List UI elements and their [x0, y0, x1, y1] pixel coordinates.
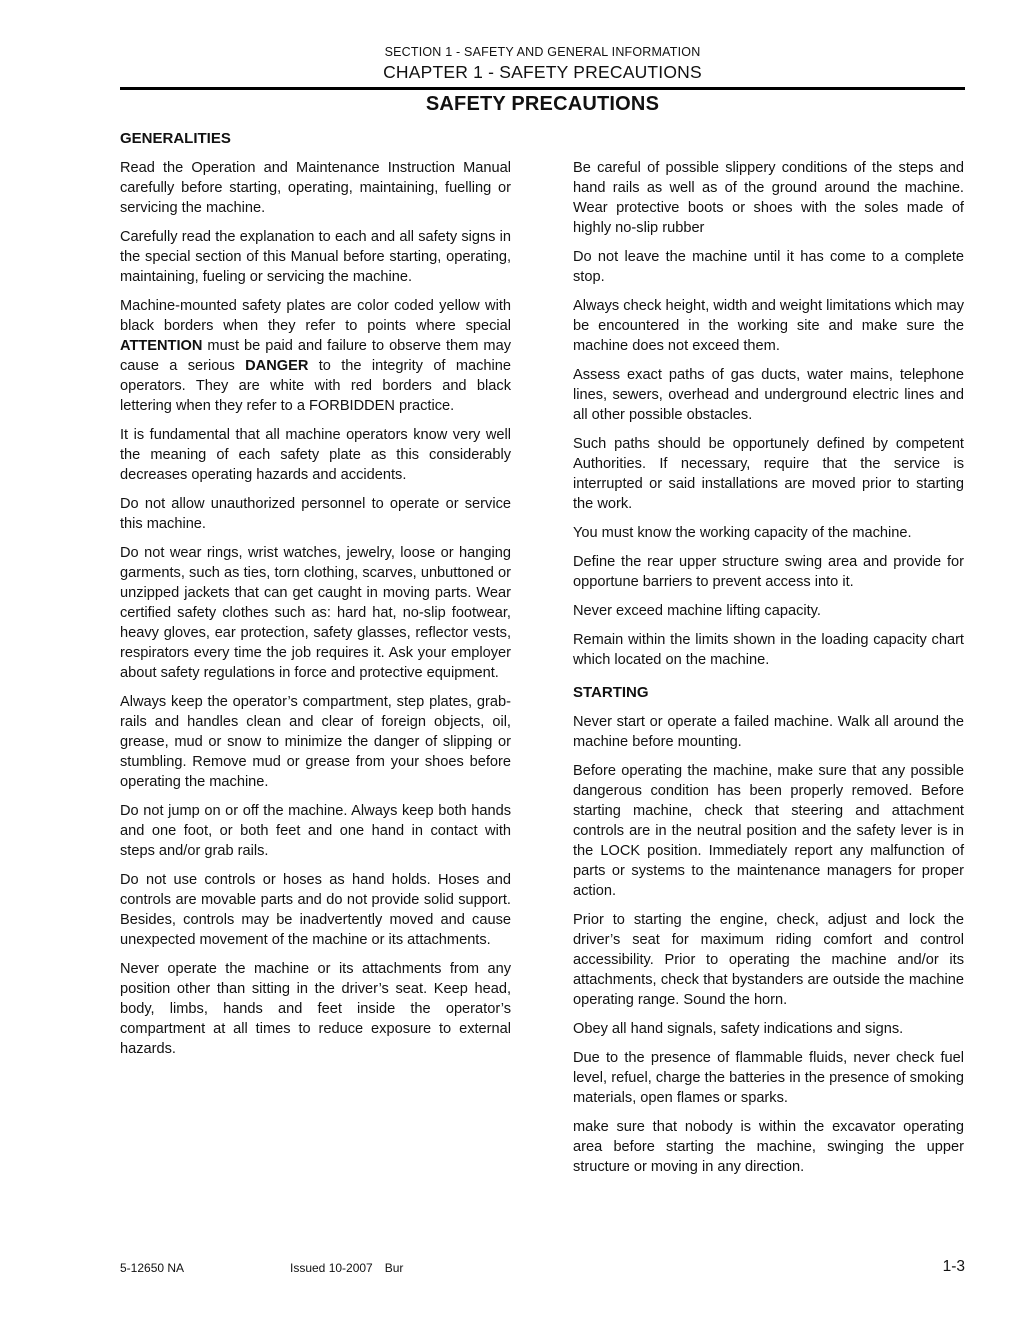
paragraph: Machine-mounted safety plates are color …: [120, 296, 511, 416]
text-run: Machine-mounted safety plates are color …: [120, 298, 511, 334]
issued-date: Issued 10-2007: [290, 1261, 373, 1275]
text-run: Prior to starting the engine, check, adj…: [573, 912, 964, 1008]
text-run: Always check height, width and weight li…: [573, 298, 964, 354]
content-area: SECTION 1 - SAFETY AND GENERAL INFORMATI…: [120, 0, 965, 1186]
text-run: Read the Operation and Maintenance Instr…: [120, 160, 511, 216]
paragraph: Do not use controls or hoses as hand hol…: [120, 870, 511, 950]
page-title: SAFETY PRECAUTIONS: [120, 92, 965, 116]
section-heading: GENERALITIES: [120, 130, 511, 148]
right-column: Be careful of possible slippery conditio…: [573, 130, 964, 1186]
paragraph: Never operate the machine or its attachm…: [120, 959, 511, 1059]
text-run: Never start or operate a failed machine.…: [573, 714, 964, 750]
text-run: Due to the presence of flammable fluids,…: [573, 1050, 964, 1106]
text-run: Carefully read the explanation to each a…: [120, 229, 511, 285]
text-run: Do not leave the machine until it has co…: [573, 249, 964, 285]
section-heading: STARTING: [573, 684, 964, 702]
text-run: Define the rear upper structure swing ar…: [573, 554, 964, 590]
doc-number: 5-12650 NA: [120, 1261, 184, 1275]
paragraph: Remain within the limits shown in the lo…: [573, 630, 964, 670]
section-header: SECTION 1 - SAFETY AND GENERAL INFORMATI…: [120, 45, 965, 60]
paragraph: Do not jump on or off the machine. Alway…: [120, 801, 511, 861]
paragraph: You must know the working capacity of th…: [573, 523, 964, 543]
text-run: Before operating the machine, make sure …: [573, 763, 964, 899]
paragraph: Read the Operation and Maintenance Instr…: [120, 158, 511, 218]
text-run: Always keep the operator’s compartment, …: [120, 694, 511, 790]
two-column-body: GENERALITIESRead the Operation and Maint…: [120, 130, 965, 1186]
paragraph: make sure that nobody is within the exca…: [573, 1117, 964, 1177]
text-run: It is fundamental that all machine opera…: [120, 427, 511, 483]
paragraph: Never exceed machine lifting capacity.: [573, 601, 964, 621]
paragraph: Such paths should be opportunely defined…: [573, 434, 964, 514]
text-run: Assess exact paths of gas ducts, water m…: [573, 367, 964, 423]
paragraph: Do not allow unauthorized personnel to o…: [120, 494, 511, 534]
paragraph: Before operating the machine, make sure …: [573, 761, 964, 901]
paragraph: Always check height, width and weight li…: [573, 296, 964, 356]
paragraph: It is fundamental that all machine opera…: [120, 425, 511, 485]
text-run: Do not jump on or off the machine. Alway…: [120, 803, 511, 859]
paragraph: Assess exact paths of gas ducts, water m…: [573, 365, 964, 425]
text-run: Do not wear rings, wrist watches, jewelr…: [120, 545, 511, 681]
paragraph: Obey all hand signals, safety indication…: [573, 1019, 964, 1039]
text-run: make sure that nobody is within the exca…: [573, 1119, 964, 1175]
text-run: Such paths should be opportunely defined…: [573, 436, 964, 512]
paragraph: Prior to starting the engine, check, adj…: [573, 910, 964, 1010]
issue-info: Issued 10-2007Bur: [290, 1261, 403, 1275]
paragraph: Define the rear upper structure swing ar…: [573, 552, 964, 592]
header-rule: [120, 87, 965, 90]
emphasized-text: ATTENTION: [120, 338, 202, 354]
paragraph: Do not wear rings, wrist watches, jewelr…: [120, 543, 511, 683]
text-run: Be careful of possible slippery conditio…: [573, 160, 964, 236]
issued-by: Bur: [385, 1261, 404, 1275]
manual-page: SECTION 1 - SAFETY AND GENERAL INFORMATI…: [0, 0, 1024, 1325]
paragraph: Do not leave the machine until it has co…: [573, 247, 964, 287]
emphasized-text: DANGER: [245, 358, 308, 374]
text-run: You must know the working capacity of th…: [573, 525, 912, 541]
paragraph: Due to the presence of flammable fluids,…: [573, 1048, 964, 1108]
page-footer: 5-12650 NA Issued 10-2007Bur 1-3: [120, 1258, 965, 1278]
text-run: Remain within the limits shown in the lo…: [573, 632, 964, 668]
text-run: Do not allow unauthorized personnel to o…: [120, 496, 511, 532]
chapter-header: CHAPTER 1 - SAFETY PRECAUTIONS: [120, 62, 965, 83]
left-column: GENERALITIESRead the Operation and Maint…: [120, 130, 511, 1186]
page-header: SECTION 1 - SAFETY AND GENERAL INFORMATI…: [120, 0, 965, 116]
paragraph: Always keep the operator’s compartment, …: [120, 692, 511, 792]
page-number: 1-3: [943, 1258, 965, 1276]
text-run: Do not use controls or hoses as hand hol…: [120, 872, 511, 948]
paragraph: Never start or operate a failed machine.…: [573, 712, 964, 752]
paragraph: Carefully read the explanation to each a…: [120, 227, 511, 287]
text-run: Obey all hand signals, safety indication…: [573, 1021, 903, 1037]
text-run: Never exceed machine lifting capacity.: [573, 603, 821, 619]
paragraph: Be careful of possible slippery conditio…: [573, 158, 964, 238]
text-run: Never operate the machine or its attachm…: [120, 961, 511, 1057]
